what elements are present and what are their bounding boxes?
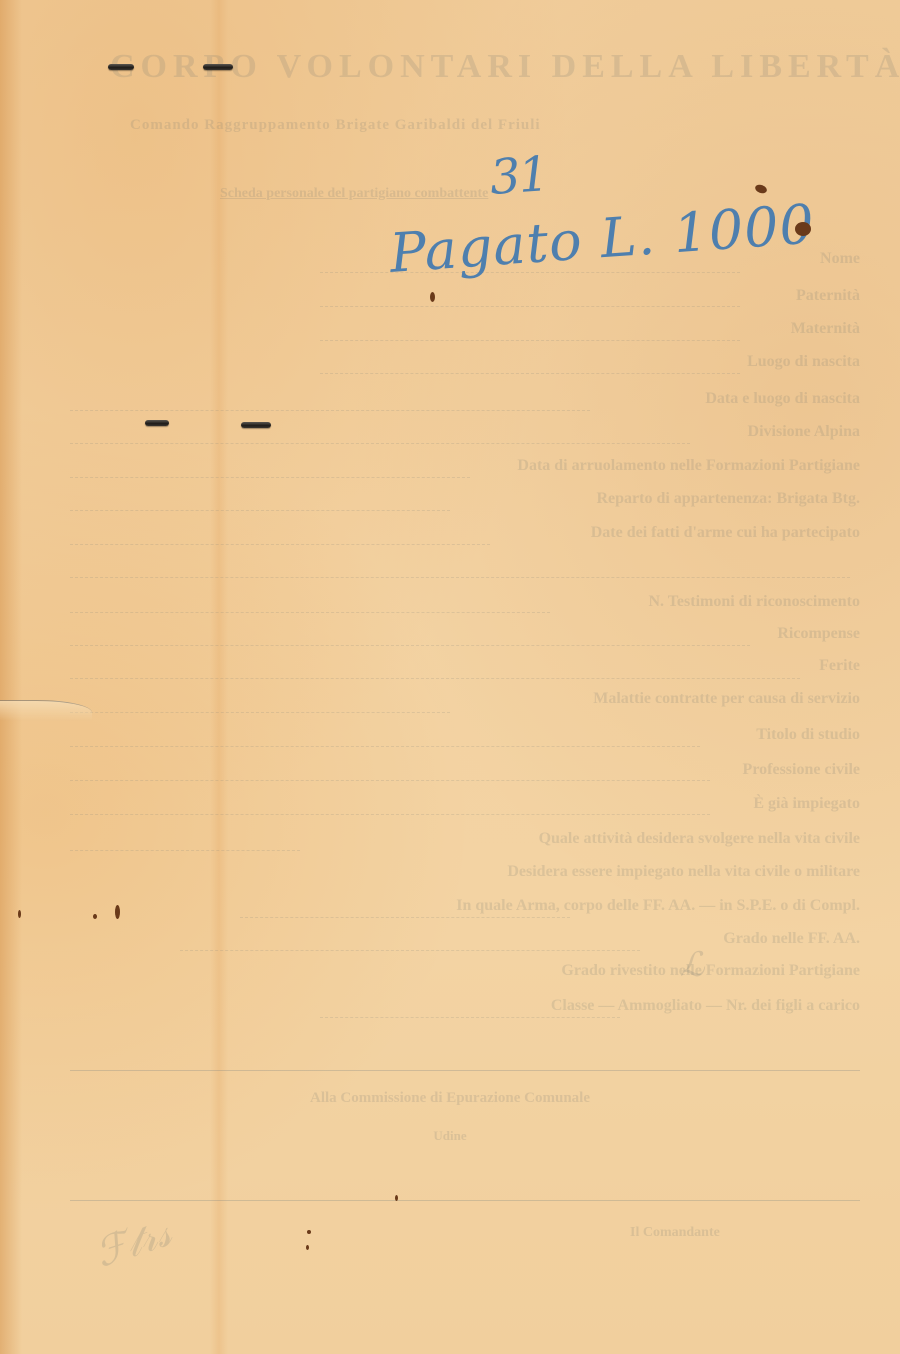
form-footer-line: Alla Commissione di Epurazione Comunale — [0, 1090, 900, 1107]
form-fill-line — [70, 712, 450, 713]
form-field-label: Reparto di appartenenza: Brigata Btg. — [0, 490, 860, 508]
form-field-label: Ferite — [0, 657, 860, 675]
ink-speck — [306, 1245, 309, 1250]
form-field-label: È già impiegato — [0, 795, 860, 813]
form-field-label: In quale Arma, corpo delle FF. AA. — in … — [0, 897, 860, 915]
form-fill-line — [70, 410, 590, 411]
form-fill-line — [320, 373, 740, 374]
form-fill-line — [70, 477, 470, 478]
faint-initial: ℒ — [680, 945, 705, 985]
form-signature-label: Il Comandante — [630, 1225, 720, 1241]
staple-mark — [108, 64, 134, 70]
ink-speck — [93, 914, 97, 919]
ink-speck — [395, 1195, 398, 1201]
form-fill-line — [70, 510, 450, 511]
ink-speck — [18, 910, 21, 918]
form-fill-line — [70, 612, 550, 613]
ink-speck — [754, 183, 768, 195]
faint-signature: ℱ𝓉𝓇𝓈 — [90, 1209, 177, 1276]
form-field-label: Professione civile — [0, 761, 860, 779]
form-fill-line — [320, 340, 740, 341]
ink-speck — [115, 905, 120, 919]
paper-fold-stain — [210, 0, 228, 1354]
form-fill-line — [70, 678, 800, 679]
ink-speck — [430, 292, 435, 302]
form-fill-line — [70, 746, 700, 747]
form-fill-line — [70, 850, 300, 851]
scanned-document-page: CORPO VOLONTARI DELLA LIBERTÀ Comando Ra… — [0, 0, 900, 1354]
form-field-label: Grado nelle FF. AA. — [0, 930, 860, 948]
form-divider — [70, 1070, 860, 1071]
form-fill-line — [320, 1017, 620, 1018]
form-field-label: Malattie contratte per causa di servizio — [0, 690, 860, 708]
form-field-label: Titolo di studio — [0, 726, 860, 744]
form-field-label: Maternità — [0, 320, 860, 338]
form-field-label: Data e luogo di nascita — [0, 390, 860, 408]
form-field-label: Ricompense — [0, 625, 860, 643]
form-field-label: Luogo di nascita — [0, 353, 860, 371]
form-field-label: Grado rivestito nelle Formazioni Partigi… — [0, 962, 860, 980]
form-fill-line — [70, 645, 750, 646]
ink-speck — [795, 222, 811, 236]
form-fill-line — [70, 780, 710, 781]
form-footer-sub: Udine — [0, 1128, 900, 1144]
form-subtitle: Comando Raggruppamento Brigate Garibaldi… — [130, 117, 541, 134]
staple-mark — [145, 420, 169, 426]
ink-speck — [307, 1230, 311, 1234]
form-field-label: Date dei fatti d'arme cui ha partecipato — [0, 524, 860, 542]
form-fill-line — [320, 306, 740, 307]
paper-edge-stain — [0, 0, 22, 1354]
form-field-label: Quale attività desidera svolgere nella v… — [0, 830, 860, 848]
form-fill-line — [240, 917, 570, 918]
form-field-label: Data di arruolamento nelle Formazioni Pa… — [0, 457, 860, 475]
form-field-label: Desidera essere impiegato nella vita civ… — [0, 863, 860, 881]
form-fill-line — [70, 577, 850, 578]
form-fill-line — [180, 950, 640, 951]
staple-mark — [241, 422, 271, 428]
form-fill-line — [70, 443, 690, 444]
form-divider — [70, 1200, 860, 1201]
staple-mark — [203, 64, 233, 70]
form-section-heading: Scheda personale del partigiano combatte… — [220, 186, 488, 202]
handwritten-number: 31 — [488, 146, 549, 206]
form-fill-line — [70, 814, 710, 815]
form-fill-line — [70, 544, 490, 545]
form-field-label: Classe — Ammogliato — Nr. dei figli a ca… — [0, 997, 860, 1015]
form-field-label: Divisione Alpina — [0, 423, 860, 441]
form-field-label: N. Testimoni di riconoscimento — [0, 593, 860, 611]
